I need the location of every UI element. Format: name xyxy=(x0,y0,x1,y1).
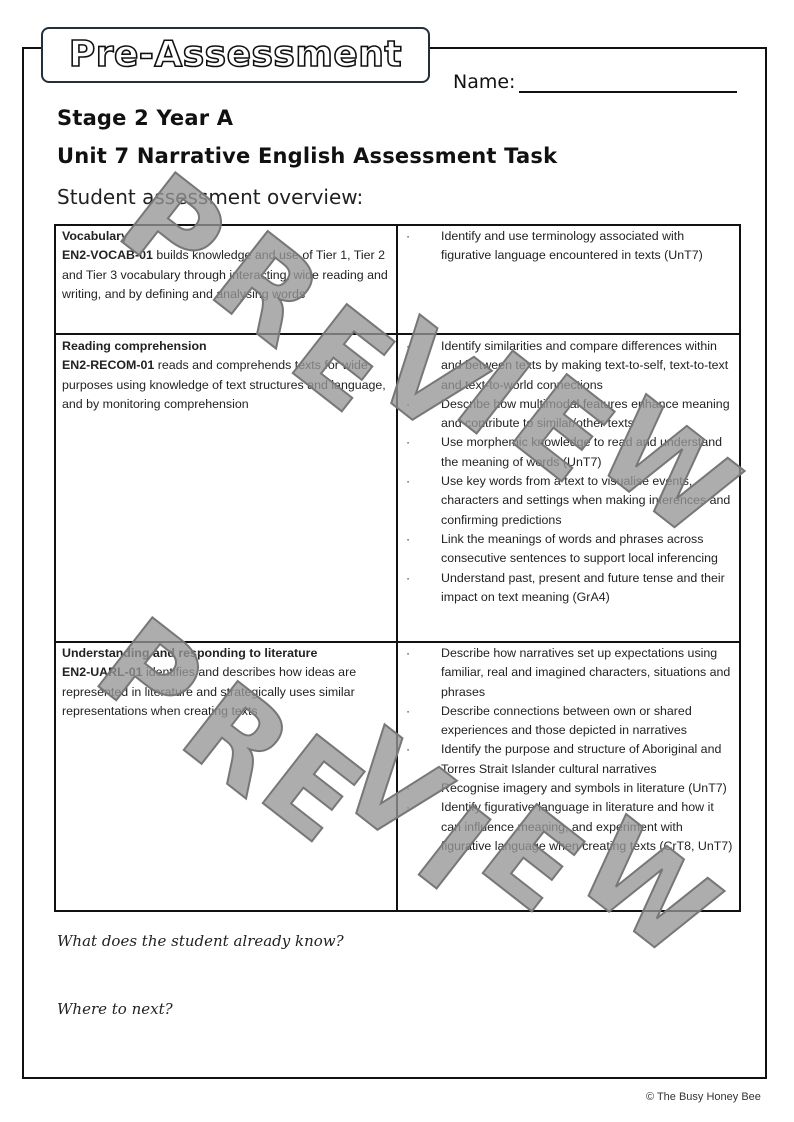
unit-heading: Unit 7 Narrative English Assessment Task xyxy=(57,144,557,168)
bullet-icon: · xyxy=(405,702,441,741)
bullet-icon: · xyxy=(405,395,441,434)
outcome-code: EN2-UARL-01 xyxy=(62,665,143,679)
bullet-icon: · xyxy=(405,569,441,608)
list-item: ·Describe how narratives set up expectat… xyxy=(405,644,735,702)
bullet-icon: · xyxy=(405,227,441,266)
bullet-icon: · xyxy=(405,798,441,856)
outcome-heading: Understanding and responding to literatu… xyxy=(62,644,392,663)
outcome-heading: Reading comprehension xyxy=(62,337,392,356)
name-label: Name: xyxy=(453,71,515,93)
list-item: ·Identify similarities and compare diffe… xyxy=(405,337,735,395)
name-field[interactable] xyxy=(519,91,737,93)
question-already-know: What does the student already know? xyxy=(57,932,344,950)
table-row-reading-points: ·Identify similarities and compare diffe… xyxy=(405,337,735,607)
table-row-divider xyxy=(54,333,741,335)
bullet-icon: · xyxy=(405,644,441,702)
table-row-divider xyxy=(54,641,741,643)
list-item: ·Understand past, present and future ten… xyxy=(405,569,735,608)
list-item: ·Identify the purpose and structure of A… xyxy=(405,740,735,779)
title-banner: Pre-Assessment xyxy=(41,27,430,83)
outcome-heading: Vocabulary xyxy=(62,227,392,246)
table-row-vocabulary-outcome: Vocabulary EN2-VOCAB-01 builds knowledge… xyxy=(62,227,392,304)
list-item: ·Use morphemic knowledge to read and und… xyxy=(405,433,735,472)
list-item: ·Link the meanings of words and phrases … xyxy=(405,530,735,569)
bullet-icon: · xyxy=(405,472,441,530)
table-row-vocabulary-points: ·Identify and use terminology associated… xyxy=(405,227,735,266)
bullet-icon: · xyxy=(405,740,441,779)
outcome-code: EN2-RECOM-01 xyxy=(62,358,154,372)
bullet-icon: · xyxy=(405,433,441,472)
list-item: ·Describe how multimodal features enhanc… xyxy=(405,395,735,434)
outcome-code: EN2-VOCAB-01 xyxy=(62,248,153,262)
list-item: ·Use key words from a text to visualise … xyxy=(405,472,735,530)
overview-label: Student assessment overview: xyxy=(57,185,363,209)
list-item: ·Identify and use terminology associated… xyxy=(405,227,735,266)
bullet-icon: · xyxy=(405,337,441,395)
table-column-divider xyxy=(396,224,398,912)
list-item: ·Describe connections between own or sha… xyxy=(405,702,735,741)
page-title: Pre-Assessment xyxy=(69,37,402,73)
table-row-literature-outcome: Understanding and responding to literatu… xyxy=(62,644,392,721)
list-item: ·Recognise imagery and symbols in litera… xyxy=(405,779,735,798)
question-where-next: Where to next? xyxy=(57,1000,173,1018)
copyright-notice: © The Busy Honey Bee xyxy=(646,1091,761,1103)
stage-heading: Stage 2 Year A xyxy=(57,106,233,130)
bullet-icon: · xyxy=(405,779,441,798)
table-row-literature-points: ·Describe how narratives set up expectat… xyxy=(405,644,735,856)
bullet-icon: · xyxy=(405,530,441,569)
table-row-reading-outcome: Reading comprehension EN2-RECOM-01 reads… xyxy=(62,337,392,414)
list-item: ·Identify figurative language in literat… xyxy=(405,798,735,856)
